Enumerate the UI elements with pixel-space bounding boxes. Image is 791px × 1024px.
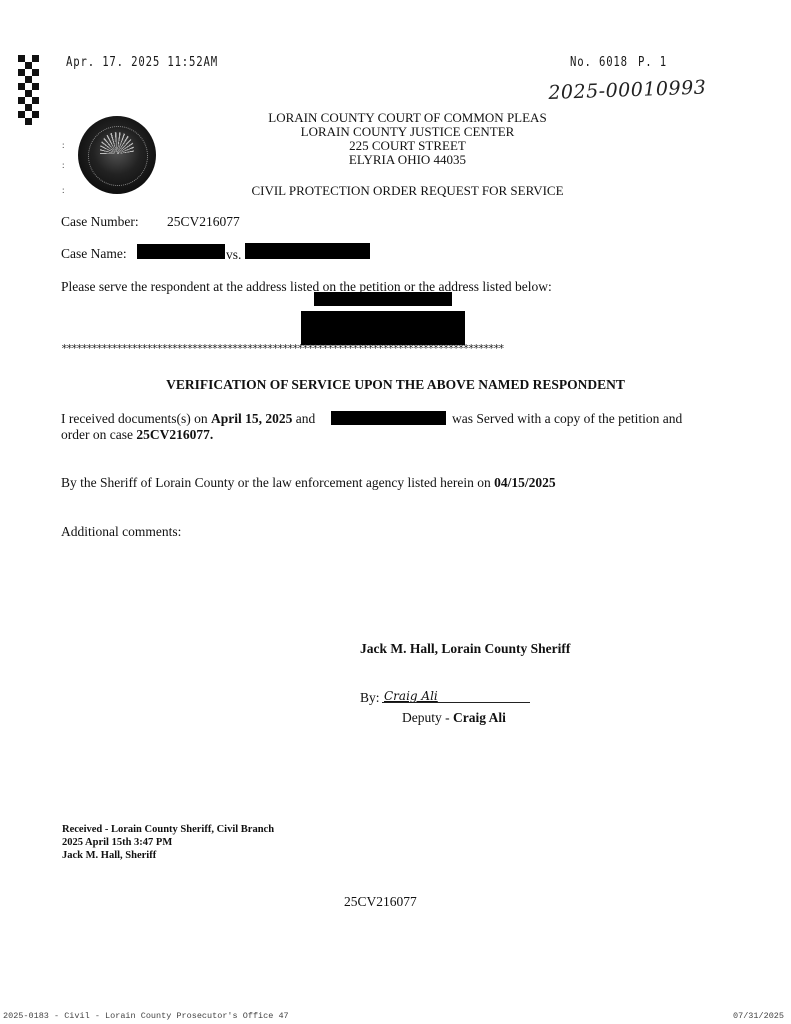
redacted-respondent-name	[331, 411, 446, 425]
fax-page: P. 1	[638, 55, 667, 70]
sheriff-name: Jack M. Hall, Lorain County Sheriff	[360, 641, 570, 657]
deputy-line: Deputy - Craig Ali	[402, 710, 506, 726]
fax-timestamp: Apr. 17. 2025 11:52AM	[66, 55, 218, 70]
service-date: 04/15/2025	[494, 475, 556, 490]
additional-comments-label: Additional comments:	[61, 524, 181, 540]
case-number-label: Case Number:	[61, 214, 139, 230]
bottom-case-number: 25CV216077	[344, 894, 417, 910]
redacted-respondent	[245, 243, 370, 259]
by-sheriff-line: By the Sheriff of Lorain County or the l…	[61, 475, 556, 491]
footer-right: 07/31/2025	[733, 1011, 784, 1021]
received-stamp-line1: Received - Lorain County Sheriff, Civil …	[62, 823, 274, 836]
separator-line: ****************************************…	[61, 342, 673, 355]
received-line: I received documents(s) on April 15, 202…	[61, 411, 315, 427]
by-label: By:	[360, 690, 380, 706]
order-line: order on case 25CV216077.	[61, 427, 213, 443]
received-stamp-line2: 2025 April 15th 3:47 PM	[62, 836, 274, 849]
deputy-signature: Craig Ali	[384, 689, 438, 703]
case-name-label: Case Name:	[61, 246, 127, 262]
received-stamp: Received - Lorain County Sheriff, Civil …	[62, 823, 274, 862]
justice-center: LORAIN COUNTY JUSTICE CENTER	[0, 125, 791, 139]
case-number-value: 25CV216077	[167, 214, 240, 230]
verification-title: VERIFICATION OF SERVICE UPON THE ABOVE N…	[0, 377, 791, 393]
redacted-petitioner	[137, 244, 225, 259]
received-stamp-line3: Jack M. Hall, Sheriff	[62, 849, 274, 862]
footer-left: 2025-0183 - Civil - Lorain County Prosec…	[3, 1011, 289, 1021]
deputy-name: Craig Ali	[453, 710, 506, 725]
form-title: CIVIL PROTECTION ORDER REQUEST FOR SERVI…	[0, 184, 791, 198]
service-request-text: Please serve the respondent at the addre…	[61, 279, 552, 295]
handwritten-number: 2025-00010993	[548, 76, 707, 104]
court-street: 225 COURT STREET	[0, 139, 791, 153]
court-name: LORAIN COUNTY COURT OF COMMON PLEAS	[0, 111, 791, 125]
served-text: was Served with a copy of the petition a…	[452, 411, 682, 427]
court-city: ELYRIA OHIO 44035	[0, 153, 791, 167]
fax-number: No. 6018	[570, 55, 628, 70]
redacted-address-line1	[314, 292, 452, 306]
received-date: April 15, 2025	[211, 411, 292, 426]
order-case-number: 25CV216077.	[136, 427, 213, 442]
case-name-vs: vs.	[226, 247, 241, 263]
redacted-address-line2	[301, 311, 465, 345]
